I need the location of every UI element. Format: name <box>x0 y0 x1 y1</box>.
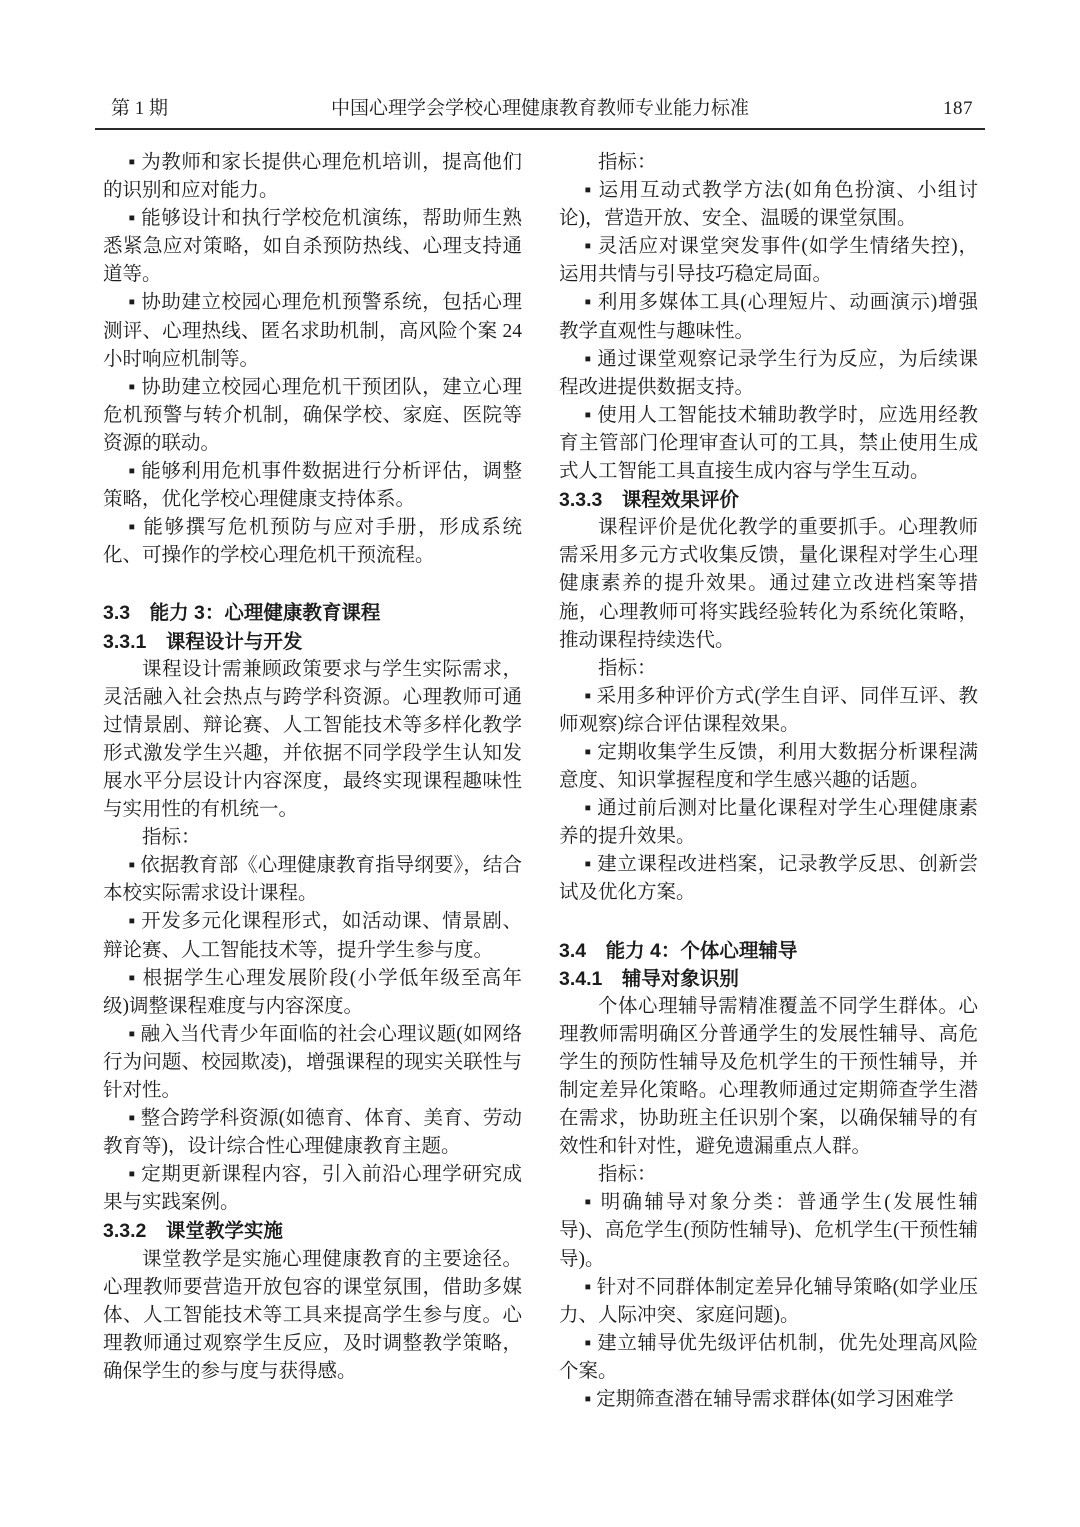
paragraph: 指标： <box>103 824 522 852</box>
paragraph: 指标： <box>559 1161 978 1189</box>
bullet-item: ▪ 利用多媒体工具(心理短片、动画演示)增强教学直观性与趣味性。 <box>559 289 978 345</box>
paragraph: 个体心理辅导需精准覆盖不同学生群体。心理教师需明确区分普通学生的发展性辅导、高危… <box>559 993 978 1162</box>
bullet-item: ▪ 依据教育部《心理健康教育指导纲要》，结合本校实际需求设计课程。 <box>103 852 522 908</box>
bullet-item: ▪ 定期收集学生反馈，利用大数据分析课程满意度、知识掌握程度和学生感兴趣的话题。 <box>559 739 978 795</box>
bullet-item: ▪ 针对不同群体制定差异化辅导策略(如学业压力、人际冲突、家庭问题)。 <box>559 1274 978 1330</box>
bullet-item: ▪ 灵活应对课堂突发事件(如学生情绪失控)，运用共情与引导技巧稳定局面。 <box>559 233 978 289</box>
left-column: ▪ 为教师和家长提供心理危机培训，提高他们的识别和应对能力。▪ 能够设计和执行学… <box>103 149 522 1414</box>
subsection-heading: 3.4.1 辅导对象识别 <box>559 965 978 993</box>
bullet-item: ▪ 运用互动式教学方法(如角色扮演、小组讨论)，营造开放、安全、温暖的课堂氛围。 <box>559 177 978 233</box>
paragraph: 指标： <box>559 655 978 683</box>
bullet-item: ▪ 能够设计和执行学校危机演练，帮助师生熟悉紧急应对策略，如自杀预防热线、心理支… <box>103 205 522 289</box>
section-heading: 3.3 能力 3：心理健康教育课程 <box>103 599 522 627</box>
bullet-item: ▪ 融入当代青少年面临的社会心理议题(如网络行为问题、校园欺凌)，增强课程的现实… <box>103 1021 522 1105</box>
paragraph: 课堂教学是实施心理健康教育的主要途径。心理教师要营造开放包容的课堂氛围，借助多媒… <box>103 1246 522 1386</box>
bullet-item: ▪ 开发多元化课程形式，如活动课、情景剧、辩论赛、人工智能技术等，提升学生参与度… <box>103 908 522 964</box>
paragraph: 课程评价是优化教学的重要抓手。心理教师需采用多元方式收集反馈，量化课程对学生心理… <box>559 514 978 654</box>
paragraph: 指标： <box>559 149 978 177</box>
bullet-item: ▪ 通过前后测对比量化课程对学生心理健康素养的提升效果。 <box>559 795 978 851</box>
bullet-item: ▪ 整合跨学科资源(如德育、体育、美育、劳动教育等)，设计综合性心理健康教育主题… <box>103 1105 522 1161</box>
bullet-item: ▪ 建立辅导优先级评估机制，优先处理高风险个案。 <box>559 1330 978 1386</box>
bullet-item: ▪ 采用多种评价方式(学生自评、同伴互评、教师观察)综合评估课程效果。 <box>559 683 978 739</box>
bullet-item: ▪ 通过课堂观察记录学生行为反应，为后续课程改进提供数据支持。 <box>559 346 978 402</box>
bullet-item: ▪ 协助建立校园心理危机预警系统，包括心理测评、心理热线、匿名求助机制，高风险个… <box>103 289 522 373</box>
bullet-item: ▪ 根据学生心理发展阶段(小学低年级至高年级)调整课程难度与内容深度。 <box>103 965 522 1021</box>
running-title: 中国心理学会学校心理健康教育教师专业能力标准 <box>95 97 985 121</box>
bullet-item: ▪ 建立课程改进档案，记录教学反思、创新尝试及优化方案。 <box>559 851 978 907</box>
subsection-heading: 3.3.3 课程效果评价 <box>559 486 978 514</box>
bullet-item: ▪ 能够利用危机事件数据进行分析评估，调整策略，优化学校心理健康支持体系。 <box>103 458 522 514</box>
subsection-heading: 3.3.2 课堂教学实施 <box>103 1217 522 1245</box>
bullet-item: ▪ 能够撰写危机预防与应对手册，形成系统化、可操作的学校心理危机干预流程。 <box>103 514 522 570</box>
paragraph: 课程设计需兼顾政策要求与学生实际需求，灵活融入社会热点与跨学科资源。心理教师可通… <box>103 656 522 825</box>
journal-page: 第 1 期 中国心理学会学校心理健康教育教师专业能力标准 187 ▪ 为教师和家… <box>0 0 1080 1527</box>
bullet-item: ▪ 使用人工智能技术辅助教学时，应选用经教育主管部门伦理审查认可的工具，禁止使用… <box>559 402 978 486</box>
subsection-heading: 3.3.1 课程设计与开发 <box>103 628 522 656</box>
page-header: 第 1 期 中国心理学会学校心理健康教育教师专业能力标准 187 <box>95 97 985 130</box>
page-number: 187 <box>943 97 973 121</box>
right-column: 指标：▪ 运用互动式教学方法(如角色扮演、小组讨论)，营造开放、安全、温暖的课堂… <box>559 149 978 1414</box>
bullet-item: ▪ 定期更新课程内容，引入前沿心理学研究成果与实践案例。 <box>103 1161 522 1217</box>
bullet-item: ▪ 为教师和家长提供心理危机培训，提高他们的识别和应对能力。 <box>103 149 522 205</box>
bullet-item: ▪ 定期筛查潜在辅导需求群体(如学习困难学 <box>559 1386 978 1414</box>
bullet-item: ▪ 明确辅导对象分类：普通学生(发展性辅导)、高危学生(预防性辅导)、危机学生(… <box>559 1189 978 1273</box>
two-column-body: ▪ 为教师和家长提供心理危机培训，提高他们的识别和应对能力。▪ 能够设计和执行学… <box>103 149 978 1414</box>
section-heading: 3.4 能力 4：个体心理辅导 <box>559 937 978 965</box>
bullet-item: ▪ 协助建立校园心理危机干预团队，建立心理危机预警与转介机制，确保学校、家庭、医… <box>103 374 522 458</box>
